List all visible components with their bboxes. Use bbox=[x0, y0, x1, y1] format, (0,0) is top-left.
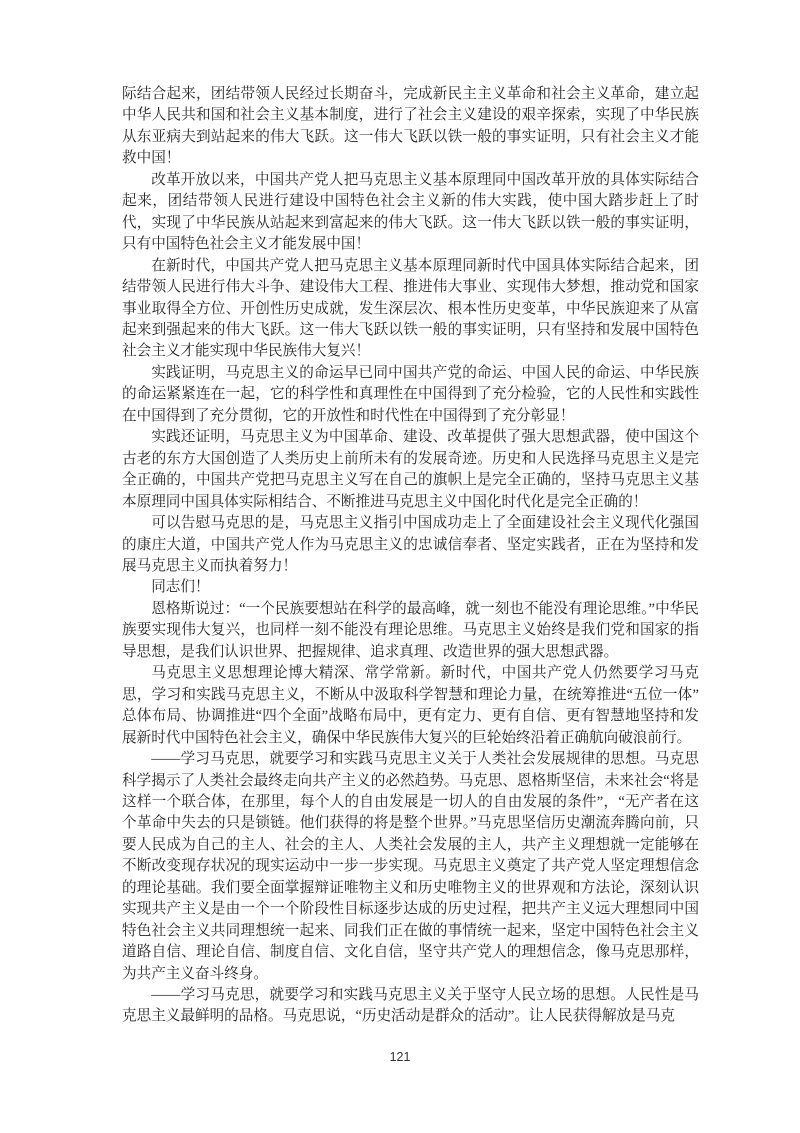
paragraph: 恩格斯说过：“一个民族要想站在科学的最高峰，就一刻也不能没有理论思维。”中华民族… bbox=[122, 599, 699, 663]
paragraph: 马克思主义思想理论博大精深、常学常新。新时代，中国共产党人仍然要学习马克思，学习… bbox=[122, 663, 699, 749]
paragraph: 际结合起来，团结带领人民经过长期奋斗，完成新民主主义革命和社会主义革命，建立起中… bbox=[122, 84, 699, 170]
paragraph: 在新时代，中国共产党人把马克思主义基本原理同新时代中国具体实际结合起来，团结带领… bbox=[122, 256, 699, 363]
paragraph: 实践还证明，马克思主义为中国革命、建设、改革提供了强大思想武器，使中国这个古老的… bbox=[122, 427, 699, 513]
paragraph: ——学习马克思，就要学习和实践马克思主义关于人类社会发展规律的思想。马克思科学揭… bbox=[122, 749, 699, 985]
paragraph: 改革开放以来，中国共产党人把马克思主义基本原理同中国改革开放的具体实际结合起来，… bbox=[122, 170, 699, 256]
text-body: 际结合起来，团结带领人民经过长期奋斗，完成新民主主义革命和社会主义革命，建立起中… bbox=[122, 84, 699, 1028]
paragraph: 可以告慰马克思的是，马克思主义指引中国成功走上了全面建设社会主义现代化强国的康庄… bbox=[122, 513, 699, 577]
paragraph: ——学习马克思，就要学习和实践马克思主义关于坚守人民立场的思想。人民性是马克思主… bbox=[122, 985, 699, 1028]
paragraph: 同志们！ bbox=[122, 577, 699, 598]
document-page: 际结合起来，团结带领人民经过长期奋斗，完成新民主主义革命和社会主义革命，建立起中… bbox=[0, 0, 800, 1133]
page-number: 121 bbox=[0, 1050, 800, 1064]
paragraph: 实践证明，马克思主义的命运早已同中国共产党的命运、中国人民的命运、中华民族的命运… bbox=[122, 363, 699, 427]
